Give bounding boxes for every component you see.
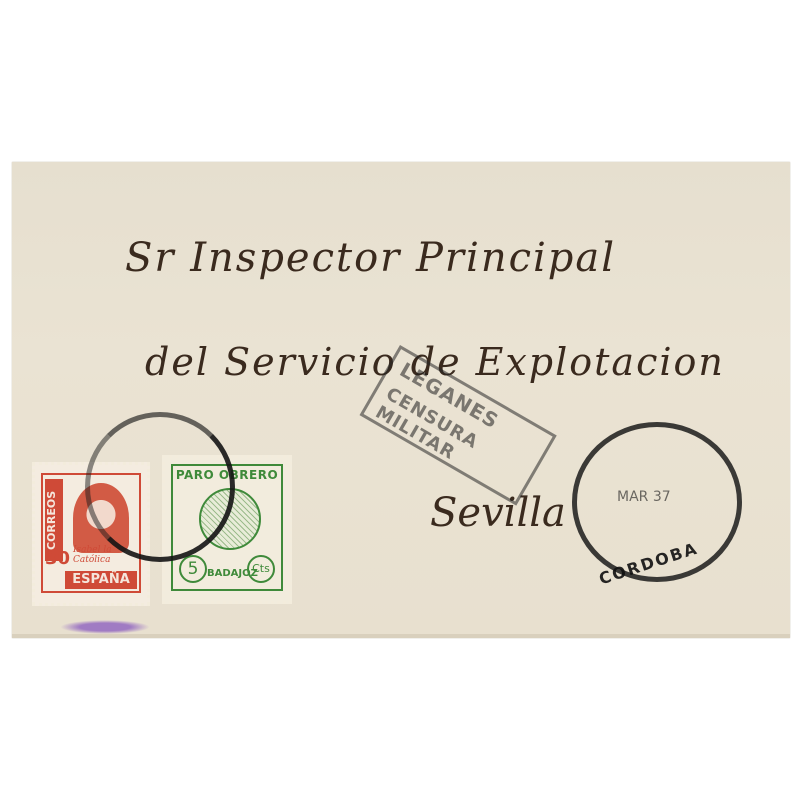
postmark-date: MAR 37 xyxy=(617,489,671,505)
address-line-1: Sr Inspector Principal xyxy=(125,235,616,281)
stamp-city: BADAJOZ xyxy=(207,568,247,579)
postmark-left xyxy=(85,412,235,562)
stamp-value: 5 xyxy=(179,555,207,583)
address-line-3: Sevilla xyxy=(430,490,566,536)
stamp-unit: Cts xyxy=(247,555,275,583)
ink-smudge xyxy=(60,620,150,634)
stamp-country: ESPAÑA xyxy=(65,571,137,589)
postmark-right: MAR 37 CORDOBA xyxy=(572,422,742,582)
stamp-value: 30 xyxy=(45,548,70,569)
